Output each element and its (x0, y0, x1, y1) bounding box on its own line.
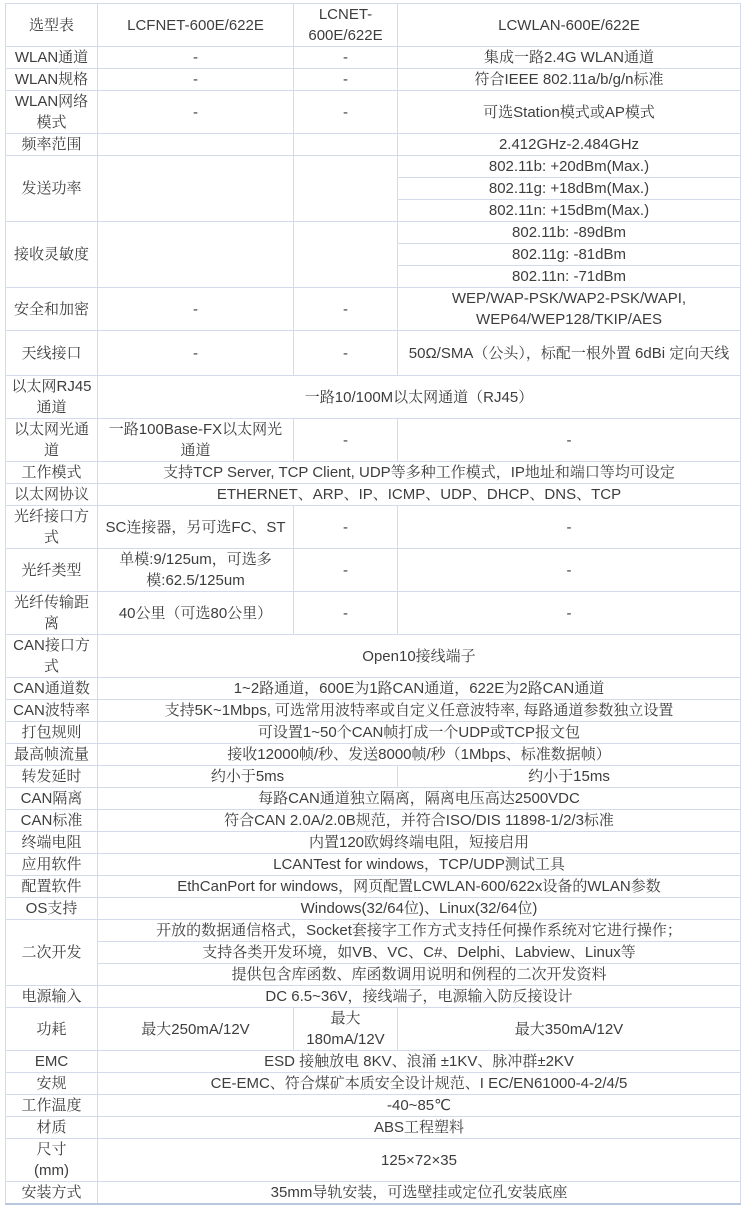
spec-cell: 802.11g: -81dBm (398, 244, 741, 266)
spec-cell: - (98, 69, 294, 91)
spec-cell: - (294, 592, 398, 635)
column-header: LCNET-600E/622E (294, 4, 398, 47)
row-label: 天线接口 (6, 331, 98, 376)
row-label: 配置软件 (6, 876, 98, 898)
spec-row: 光纤类型单模:9/125um，可选多模:62.5/125um-- (6, 549, 741, 592)
spec-row: 安规CE-EMC、符合煤矿本质安全设计规范、I EC/EN61000-4-2/4… (6, 1073, 741, 1095)
spec-cell: 内置120欧姆终端电阻，短接启用 (98, 832, 741, 854)
spec-row: 功耗最大250mA/12V最大180mA/12V最大350mA/12V (6, 1008, 741, 1051)
spec-cell: 802.11g: +18dBm(Max.) (398, 178, 741, 200)
row-label: 以太网RJ45通道 (6, 376, 98, 419)
column-header: 选型表 (6, 4, 98, 47)
column-header: LCFNET-600E/622E (98, 4, 294, 47)
spec-cell: 支持5K~1Mbps, 可选常用波特率或自定义任意波特率, 每路通道参数独立设置 (98, 700, 741, 722)
spec-cell: - (98, 47, 294, 69)
spec-row: 电源输入DC 6.5~36V，接线端子，电源输入防反接设计 (6, 986, 741, 1008)
spec-cell: - (294, 549, 398, 592)
spec-cell: 每路CAN通道独立隔离，隔离电压高达2500VDC (98, 788, 741, 810)
spec-row: WLAN规格--符合IEEE 802.11a/b/g/n标准 (6, 69, 741, 91)
product-spec-table: 选型表LCFNET-600E/622ELCNET-600E/622ELCWLAN… (5, 3, 741, 1205)
spec-row: 光纤接口方式SC连接器，另可选FC、ST-- (6, 506, 741, 549)
spec-cell: 最大250mA/12V (98, 1008, 294, 1051)
spec-cell: 最大350mA/12V (398, 1008, 741, 1051)
row-label: CAN通道数 (6, 678, 98, 700)
spec-cell: LCANTest for windows，TCP/UDP测试工具 (98, 854, 741, 876)
spec-row: CAN标准符合CAN 2.0A/2.0B规范，并符合ISO/DIS 11898-… (6, 810, 741, 832)
row-label: 安全和加密 (6, 288, 98, 331)
spec-row: CAN通道数1~2路通道，600E为1路CAN通道，622E为2路CAN通道 (6, 678, 741, 700)
spec-cell (294, 222, 398, 288)
row-label: 接收灵敏度 (6, 222, 98, 288)
spec-cell: 约小于5ms (98, 766, 398, 788)
spec-row: 以太网RJ45通道一路10/100M以太网通道（RJ45） (6, 376, 741, 419)
spec-cell: 50Ω/SMA（公头），标配一根外置 6dBi 定向天线 (398, 331, 741, 376)
spec-cell: 支持各类开发环境，如VB、VC、C#、Delphi、Labview、Linux等 (98, 942, 741, 964)
spec-cell: CE-EMC、符合煤矿本质安全设计规范、I EC/EN61000-4-2/4/5 (98, 1073, 741, 1095)
spec-row: 发送功率802.11b: +20dBm(Max.) (6, 156, 741, 178)
spec-cell: ABS工程塑料 (98, 1117, 741, 1139)
spec-cell: 接收12000帧/秒、发送8000帧/秒（1Mbps、标准数据帧） (98, 744, 741, 766)
spec-page: 选型表LCFNET-600E/622ELCNET-600E/622ELCWLAN… (0, 0, 750, 1209)
spec-row: WLAN通道--集成一路2.4G WLAN通道 (6, 47, 741, 69)
row-label: 打包规则 (6, 722, 98, 744)
spec-cell: 最大180mA/12V (294, 1008, 398, 1051)
row-label: 安装方式 (6, 1182, 98, 1205)
spec-cell: 2.412GHz-2.484GHz (398, 134, 741, 156)
spec-row: OS支持Windows(32/64位)、Linux(32/64位) (6, 898, 741, 920)
spec-cell: 35mm导轨安装，可选壁挂或定位孔安装底座 (98, 1182, 741, 1205)
spec-cell: 可选Station模式或AP模式 (398, 91, 741, 134)
spec-cell: 802.11b: -89dBm (398, 222, 741, 244)
row-label: CAN标准 (6, 810, 98, 832)
spec-row: 转发延时约小于5ms约小于15ms (6, 766, 741, 788)
spec-row: CAN接口方式Open10接线端子 (6, 635, 741, 678)
spec-cell: - (294, 47, 398, 69)
spec-row: 工作温度-40~85℃ (6, 1095, 741, 1117)
spec-cell: 单模:9/125um，可选多模:62.5/125um (98, 549, 294, 592)
spec-cell: WEP/WAP-PSK/WAP2-PSK/WAPI, WEP64/WEP128/… (398, 288, 741, 331)
spec-cell: - (294, 69, 398, 91)
spec-row: 安装方式35mm导轨安装，可选壁挂或定位孔安装底座 (6, 1182, 741, 1205)
row-label: 工作模式 (6, 462, 98, 484)
spec-cell: 可设置1~50个CAN帧打成一个UDP或TCP报文包 (98, 722, 741, 744)
spec-row: 以太网光通道一路100Base-FX以太网光通道-- (6, 419, 741, 462)
spec-cell: 802.11b: +20dBm(Max.) (398, 156, 741, 178)
spec-cell: 约小于15ms (398, 766, 741, 788)
row-label: 以太网光通道 (6, 419, 98, 462)
spec-row: 尺寸 (mm)125×72×35 (6, 1139, 741, 1182)
spec-cell (98, 134, 294, 156)
spec-cell: 支持TCP Server, TCP Client, UDP等多种工作模式，IP地… (98, 462, 741, 484)
spec-cell: ETHERNET、ARP、IP、ICMP、UDP、DHCP、DNS、TCP (98, 484, 741, 506)
spec-cell: - (398, 592, 741, 635)
spec-cell: EthCanPort for windows，网页配置LCWLAN-600/62… (98, 876, 741, 898)
spec-row: 频率范围2.412GHz-2.484GHz (6, 134, 741, 156)
row-label: 光纤接口方式 (6, 506, 98, 549)
spec-cell: 1~2路通道，600E为1路CAN通道，622E为2路CAN通道 (98, 678, 741, 700)
spec-cell: - (294, 288, 398, 331)
spec-cell: - (98, 288, 294, 331)
row-label: 终端电阻 (6, 832, 98, 854)
row-label: 以太网协议 (6, 484, 98, 506)
spec-cell: 开放的数据通信格式，Socket套接字工作方式支持任何操作系统对它进行操作； (98, 920, 741, 942)
spec-cell: 符合CAN 2.0A/2.0B规范，并符合ISO/DIS 11898-1/2/3… (98, 810, 741, 832)
spec-cell (98, 156, 294, 222)
spec-cell: -40~85℃ (98, 1095, 741, 1117)
spec-cell: - (294, 506, 398, 549)
header-row: 选型表LCFNET-600E/622ELCNET-600E/622ELCWLAN… (6, 4, 741, 47)
row-label: OS支持 (6, 898, 98, 920)
spec-row: 材质ABS工程塑料 (6, 1117, 741, 1139)
spec-cell: Windows(32/64位)、Linux(32/64位) (98, 898, 741, 920)
spec-row: WLAN网络模式--可选Station模式或AP模式 (6, 91, 741, 134)
spec-cell: 一路100Base-FX以太网光通道 (98, 419, 294, 462)
row-label: WLAN规格 (6, 69, 98, 91)
spec-cell: 一路10/100M以太网通道（RJ45） (98, 376, 741, 419)
spec-cell: - (398, 419, 741, 462)
spec-row: CAN波特率支持5K~1Mbps, 可选常用波特率或自定义任意波特率, 每路通道… (6, 700, 741, 722)
spec-cell: 集成一路2.4G WLAN通道 (398, 47, 741, 69)
row-label: 功耗 (6, 1008, 98, 1051)
row-label: 转发延时 (6, 766, 98, 788)
spec-cell: 提供包含库函数、库函数调用说明和例程的二次开发资料 (98, 964, 741, 986)
spec-row: 最高帧流量接收12000帧/秒、发送8000帧/秒（1Mbps、标准数据帧） (6, 744, 741, 766)
spec-row: 打包规则可设置1~50个CAN帧打成一个UDP或TCP报文包 (6, 722, 741, 744)
spec-row: 光纤传输距离40公里（可选80公里）-- (6, 592, 741, 635)
row-label: 二次开发 (6, 920, 98, 986)
spec-cell: SC连接器，另可选FC、ST (98, 506, 294, 549)
spec-row: 配置软件EthCanPort for windows，网页配置LCWLAN-60… (6, 876, 741, 898)
spec-row: 天线接口--50Ω/SMA（公头），标配一根外置 6dBi 定向天线 (6, 331, 741, 376)
spec-row: CAN隔离每路CAN通道独立隔离，隔离电压高达2500VDC (6, 788, 741, 810)
row-label: WLAN网络模式 (6, 91, 98, 134)
spec-cell: - (398, 506, 741, 549)
row-label: WLAN通道 (6, 47, 98, 69)
spec-cell: 40公里（可选80公里） (98, 592, 294, 635)
spec-row: EMCESD 接触放电 8KV、浪涌 ±1KV、脉冲群±2KV (6, 1051, 741, 1073)
spec-cell: - (294, 331, 398, 376)
row-label: 材质 (6, 1117, 98, 1139)
spec-cell: - (98, 331, 294, 376)
row-label: 电源输入 (6, 986, 98, 1008)
spec-row: 应用软件LCANTest for windows，TCP/UDP测试工具 (6, 854, 741, 876)
row-label: 光纤传输距离 (6, 592, 98, 635)
spec-row: 工作模式支持TCP Server, TCP Client, UDP等多种工作模式… (6, 462, 741, 484)
spec-cell: Open10接线端子 (98, 635, 741, 678)
row-label: EMC (6, 1051, 98, 1073)
spec-row: 支持各类开发环境，如VB、VC、C#、Delphi、Labview、Linux等 (6, 942, 741, 964)
row-label: CAN波特率 (6, 700, 98, 722)
row-label: 光纤类型 (6, 549, 98, 592)
row-label: 频率范围 (6, 134, 98, 156)
row-label: 应用软件 (6, 854, 98, 876)
spec-row: 提供包含库函数、库函数调用说明和例程的二次开发资料 (6, 964, 741, 986)
spec-cell: 802.11n: -71dBm (398, 266, 741, 288)
spec-table-body: 选型表LCFNET-600E/622ELCNET-600E/622ELCWLAN… (6, 4, 741, 1205)
spec-row: 安全和加密--WEP/WAP-PSK/WAP2-PSK/WAPI, WEP64/… (6, 288, 741, 331)
column-header: LCWLAN-600E/622E (398, 4, 741, 47)
row-label: 发送功率 (6, 156, 98, 222)
spec-cell: DC 6.5~36V，接线端子，电源输入防反接设计 (98, 986, 741, 1008)
row-label: 安规 (6, 1073, 98, 1095)
spec-cell: - (398, 549, 741, 592)
spec-row: 以太网协议ETHERNET、ARP、IP、ICMP、UDP、DHCP、DNS、T… (6, 484, 741, 506)
spec-row: 二次开发开放的数据通信格式，Socket套接字工作方式支持任何操作系统对它进行操… (6, 920, 741, 942)
spec-cell (294, 156, 398, 222)
spec-cell (98, 222, 294, 288)
spec-cell: 符合IEEE 802.11a/b/g/n标准 (398, 69, 741, 91)
row-label: 尺寸 (mm) (6, 1139, 98, 1182)
spec-cell: - (98, 91, 294, 134)
spec-row: 终端电阻内置120欧姆终端电阻，短接启用 (6, 832, 741, 854)
spec-cell: 802.11n: +15dBm(Max.) (398, 200, 741, 222)
spec-cell: 125×72×35 (98, 1139, 741, 1182)
spec-row: 接收灵敏度802.11b: -89dBm (6, 222, 741, 244)
spec-cell: ESD 接触放电 8KV、浪涌 ±1KV、脉冲群±2KV (98, 1051, 741, 1073)
spec-cell (294, 134, 398, 156)
spec-cell: - (294, 91, 398, 134)
spec-cell: - (294, 419, 398, 462)
row-label: 最高帧流量 (6, 744, 98, 766)
row-label: CAN接口方式 (6, 635, 98, 678)
row-label: CAN隔离 (6, 788, 98, 810)
row-label: 工作温度 (6, 1095, 98, 1117)
